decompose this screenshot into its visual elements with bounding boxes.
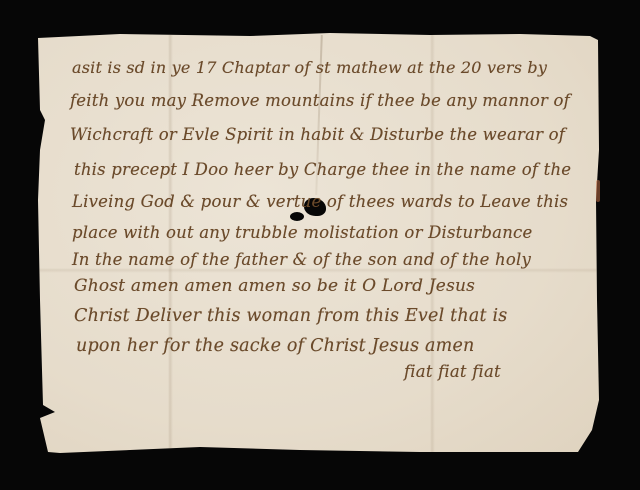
text-line-10: upon her for the sacke of Christ Jesus a…	[76, 336, 475, 356]
text-line-2: feith you may Remove mountains if thee b…	[70, 91, 570, 110]
text-line-9: Christ Deliver this woman from this Evel…	[74, 306, 507, 326]
manuscript-text: asit is sd in ye 17 Chaptar of st mathew…	[0, 0, 640, 490]
text-line-5: Liveing God & pour & vertue of thees war…	[72, 192, 568, 211]
text-line-11: fiat fiat fiat	[404, 362, 501, 381]
text-line-6: place with out any trubble molistation o…	[72, 223, 532, 242]
text-line-1: asit is sd in ye 17 Chaptar of st mathew…	[72, 58, 547, 77]
text-line-7: In the name of the father & of the son a…	[72, 250, 531, 269]
text-line-8: Ghost amen amen amen so be it O Lord Jes…	[74, 276, 475, 296]
text-line-3: Wichcraft or Evle Spirit in habit & Dist…	[70, 125, 565, 144]
text-line-4: this precept I Doo heer by Charge thee i…	[74, 160, 571, 179]
